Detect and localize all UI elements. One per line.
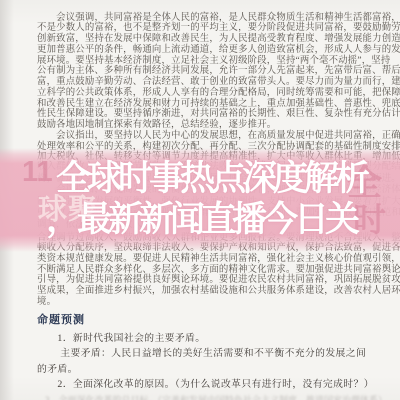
document-photo: 会议强调，共同富裕是全体人民的富裕，是人民群众物质生活和精神生活都富裕，不是少数…: [0, 0, 400, 400]
document-paragraph-1: 会议强调，共同富裕是全体人民的富裕，是人民群众物质生活和精神生活都富裕，不是少数…: [37, 13, 398, 164]
prediction-item: 1．新时代我国社会的主要矛盾。: [37, 331, 374, 347]
text-line: 会议指出，要坚持以人民为中心的发展思想，在高质量发展中促进共同富裕，正确: [37, 131, 398, 142]
prediction-item: 2．全面深化改革的原因。（为什么说改革只有进行时，没有完成时？）: [37, 377, 374, 393]
text-line: 更加普惠公平的条件，畅通向上流动通道，给更多人创造致富机会，形成人人参与的发: [37, 45, 398, 56]
banner-title-line-1: 全球时事热点深度解析: [56, 161, 366, 196]
text-line: 坚成果，全面推进乡村振兴，加强农村基础设施和公共服务体系建设，改善农村人居环: [37, 286, 398, 297]
watermark-fragment: 时: [353, 203, 386, 236]
text-line: 展环境。要坚持基本经济制度，立足社会主义初级阶段，坚持“两个毫不动摇”，坚持: [37, 56, 398, 67]
prediction-items: 1．新时代我国社会的主要矛盾。 主要矛盾：人民日益增长的美好生活需要和不平衡不充…: [37, 331, 374, 393]
blurred-text-line: 3．全面深化改革的总目标。（完善和发展中国特色社会主义制度，推进国家治理体系）: [45, 393, 395, 400]
prediction-item: 的矛盾。: [37, 362, 374, 378]
text-line: 不断满足人民群众多样化、多层次、多方面的精神文化需求。要加强促进共同富裕舆论: [37, 265, 398, 276]
text-line: 鼓励各地因地制宜探索有效路径，总结经验，逐步推开。: [37, 120, 398, 131]
text-line: 性民生保障建设。要坚持循序渐进，对共同富裕的长期性、艰巨性、复杂性有充分估计，: [37, 109, 398, 120]
text-line: 和改善民生建立在经济发展和财力可持续的基础之上，重点加强基础性、普惠性、兜底: [37, 99, 398, 110]
text-line: 引导，为促进共同富裕提供良好舆论环境。要促进农民农村共同富裕，巩固拓展脱贫攻: [37, 275, 398, 286]
text-line: 会议强调，共同富裕是全体人民的富裕，是人民群众物质生活和精神生活都富裕，: [37, 13, 398, 24]
text-line: 公有制为主体、多种所有制经济共同发展，允许一部分人先富起来，先富带后富、帮后: [37, 66, 398, 77]
text-line: 立科学的公共政策体系，形成人人享有的合理分配格局，同时统筹需要和可能，把保障: [37, 88, 398, 99]
section-heading: 命题预测: [37, 311, 85, 327]
text-line: 不是少数人的富裕，也不是整齐划一的平均主义，要分阶段促进共同富裕，要鼓励勤劳: [37, 23, 398, 34]
banner-title-line-2: ，最新新闻直播今日关: [46, 202, 356, 237]
watermark-fragment: 11: [22, 158, 53, 187]
text-line: 富，重点鼓励辛勤劳动、合法经营、敢于创业的致富带头人。要尽力而为量力而行，建: [37, 77, 398, 88]
text-line: 创新致富，坚持在发展中保障和改善民生，为人民提高受教育程度、增强发展能力创造: [37, 34, 398, 45]
text-line: 类资本规范健康发展。要促进人民精神生活共同富裕，强化社会主义核心价值观引领，: [37, 254, 398, 265]
prediction-item: 主要矛盾：人民日益增长的美好生活需要和不平衡不充分的发展之间: [37, 346, 374, 362]
text-line: 境。: [37, 297, 398, 308]
